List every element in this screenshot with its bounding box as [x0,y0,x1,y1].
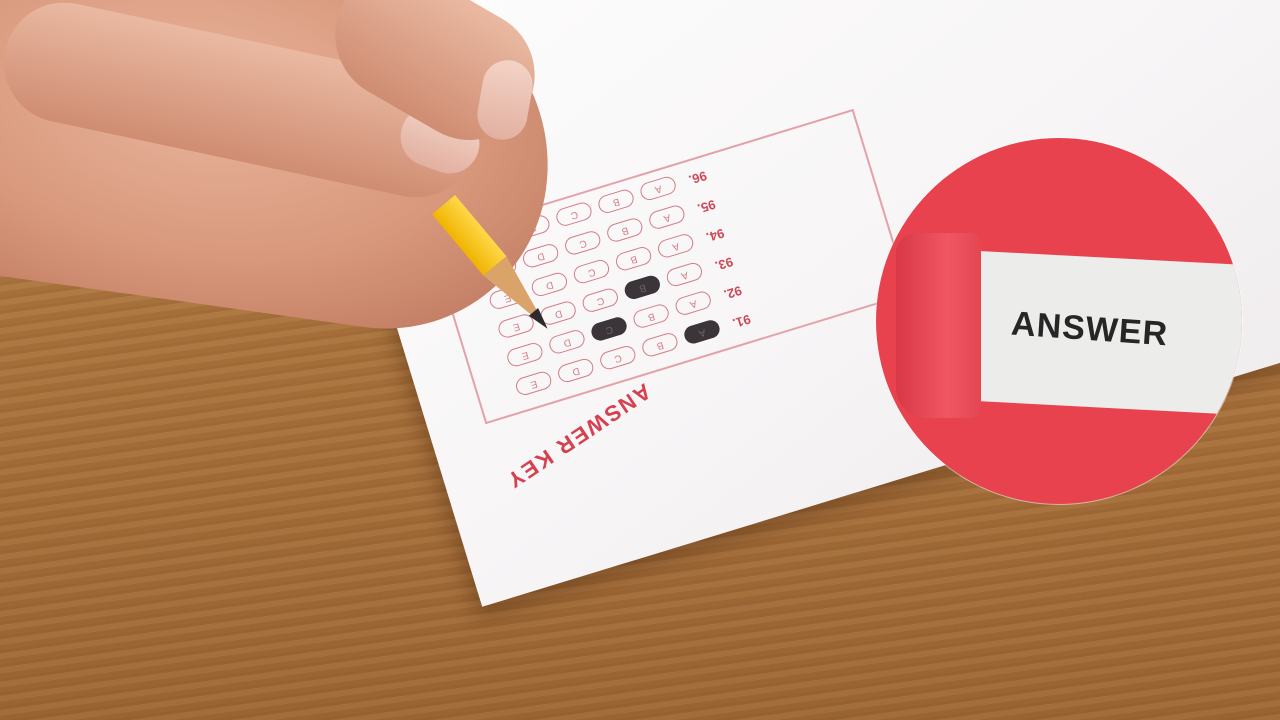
answer-inset-circle: ANSWER [876,138,1242,504]
torn-paper-curl [896,233,981,418]
photo-scene: E D C B A 91. E D C B A 92. E D C B A 93… [0,0,1280,720]
